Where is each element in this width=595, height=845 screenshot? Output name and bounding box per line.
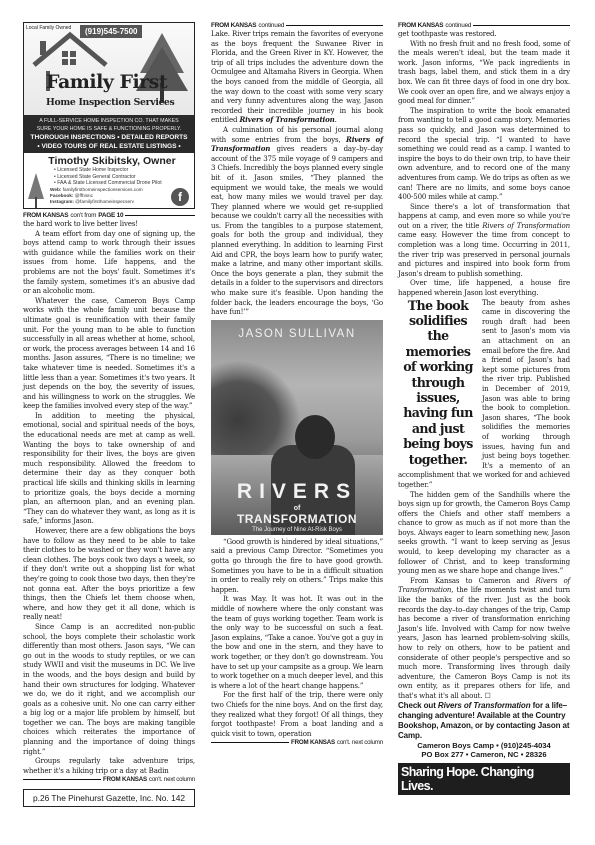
book-title: Rivers of Transformation bbox=[482, 221, 570, 230]
book-cover-image: JASON SULLIVAN RIVERS of TRANSFORMATION … bbox=[211, 320, 383, 535]
ad-services-band: A FULL-SERVICE HOME INSPECTION CO. THAT … bbox=[24, 115, 194, 153]
column-1: FROM KANSAS con't from PAGE 10 the hard … bbox=[23, 212, 195, 807]
paragraph: Groups regularly take adventure trips, w… bbox=[23, 756, 195, 775]
paragraph: It was May. It was hot. It was out in th… bbox=[211, 594, 383, 690]
continued-footer: FROM KANSAS con't. next column bbox=[211, 739, 383, 746]
paragraph: For the first half of the trip, there we… bbox=[211, 690, 383, 738]
call-to-action: Check out Rivers of Transformation for a… bbox=[398, 701, 570, 741]
paragraph: The hidden gem of the Sandhills where th… bbox=[398, 490, 570, 576]
article-text: “Good growth is hindered by ideal situat… bbox=[211, 537, 383, 738]
rule bbox=[23, 779, 101, 780]
header-kansas: FROM KANSAS bbox=[398, 22, 443, 29]
rule bbox=[211, 742, 289, 743]
cta-book-title: Rivers of Transformation bbox=[438, 701, 531, 710]
header-page-ref: PAGE 10 bbox=[98, 212, 123, 219]
paragraph: Lake. River trips remain the favorites o… bbox=[211, 29, 383, 125]
book-title: Rivers of Transformation bbox=[239, 115, 334, 124]
ad-instagram-handle[interactable]: @familyfirsthomeinspecserv bbox=[75, 199, 134, 204]
ad-header: Local Family Owned (919)545-7500 Family … bbox=[24, 23, 194, 115]
continued-footer: FROM KANSAS con't. next column bbox=[23, 776, 195, 783]
family-first-advertisement: Local Family Owned (919)545-7500 Family … bbox=[23, 22, 195, 209]
rule bbox=[473, 25, 570, 26]
column-2: FROM KANSAS continued Lake. River trips … bbox=[211, 22, 383, 746]
page-label: p.26 The Pinehurst Gazette, Inc. No. 142 bbox=[23, 789, 195, 807]
rule bbox=[125, 215, 195, 216]
paragraph: However, there are a few obligations the… bbox=[23, 526, 195, 622]
cover-title-sub: TRANSFORMATION bbox=[211, 512, 383, 526]
article-text: Lake. River trips remain the favorites o… bbox=[211, 29, 383, 317]
cover-author: JASON SULLIVAN bbox=[211, 328, 383, 340]
paragraph: “Good growth is hindered by ideal situat… bbox=[211, 537, 383, 595]
paragraph: the hard work to live better lives! bbox=[23, 219, 195, 229]
paragraph: With no fresh fruit and no fresh food, s… bbox=[398, 39, 570, 106]
header-kansas: FROM KANSAS bbox=[23, 212, 68, 219]
slogan-banner: Sharing Hope. Changing Lives. bbox=[398, 763, 570, 795]
facebook-icon[interactable]: f bbox=[171, 188, 189, 206]
ad-subtitle: Home Inspection Services bbox=[46, 97, 175, 108]
address-line: PO Box 277 • Cameron, NC • 28326 bbox=[398, 750, 570, 760]
pull-quote-section: The book solidifies the memories of work… bbox=[398, 298, 570, 490]
rule bbox=[286, 25, 383, 26]
ad-owner-section: Timothy Skibitsky, Owner • Licensed Stat… bbox=[24, 155, 194, 209]
ad-web-url[interactable]: familyfirsthomeinspectionservices.com bbox=[63, 187, 143, 192]
paragraph: get toothpaste was restored. bbox=[398, 29, 570, 39]
column-3: FROM KANSAS continued get toothpaste was… bbox=[398, 22, 570, 795]
ad-band-line: A FULL-SERVICE HOME INSPECTION CO. THAT … bbox=[24, 117, 194, 125]
continued-header: FROM KANSAS continued bbox=[398, 22, 570, 29]
ad-bullet: • Licensed State Home Inspector bbox=[54, 167, 194, 174]
header-cont-from: con't from bbox=[70, 212, 96, 219]
ad-band-line: SURE YOUR HOME IS SAFE & FUNCTIONING PRO… bbox=[24, 125, 194, 133]
pull-quote: The book solidifies the memories of work… bbox=[398, 298, 478, 467]
paragraph: A team effort from day one of signing up… bbox=[23, 229, 195, 296]
header-continued: continued bbox=[445, 22, 471, 29]
cover-title: RIVERS bbox=[211, 480, 383, 504]
article-text: the hard work to live better lives! A te… bbox=[23, 219, 195, 775]
footer-kansas: FROM KANSAS bbox=[103, 776, 147, 783]
paragraph: Since Camp is an accredited non-public s… bbox=[23, 622, 195, 756]
ad-title: Family First bbox=[46, 71, 167, 93]
cover-tagline: The Journey of Nine At-Risk Boyson a Twe… bbox=[211, 526, 383, 535]
continued-header: FROM KANSAS continued bbox=[211, 22, 383, 29]
ad-bullet: • Licensed State General Contractor bbox=[54, 174, 194, 181]
paragraph: Since there's a lot of transformation th… bbox=[398, 202, 570, 279]
paragraph: In addition to meeting the physical, emo… bbox=[23, 411, 195, 526]
header-kansas: FROM KANSAS bbox=[211, 22, 256, 29]
ad-local-label: Local Family Owned bbox=[26, 25, 71, 31]
cover-person-head bbox=[295, 415, 335, 459]
footer-next-column: con't. next column bbox=[337, 739, 383, 746]
paragraph: Over time, life happened, a house fire h… bbox=[398, 278, 570, 297]
continued-header: FROM KANSAS con't from PAGE 10 bbox=[23, 212, 195, 219]
ad-facebook-handle[interactable]: @ffhisnc bbox=[75, 193, 93, 198]
contact-line: Cameron Boys Camp • (910)245-4034 bbox=[398, 741, 570, 751]
footer-kansas: FROM KANSAS bbox=[291, 739, 335, 746]
small-tree-icon bbox=[27, 173, 45, 209]
paragraph: A culmination of his personal journal al… bbox=[211, 125, 383, 317]
header-continued: continued bbox=[258, 22, 284, 29]
article-text: get toothpaste was restored. With no fre… bbox=[398, 29, 570, 701]
cover-title-of: of bbox=[211, 505, 383, 512]
ad-band-line: THOROUGH INSPECTIONS • DETAILED REPORTS bbox=[24, 133, 194, 142]
paragraph: The inspiration to write the book emanat… bbox=[398, 106, 570, 202]
footer-next-column: con't. next column bbox=[149, 776, 195, 783]
ad-band-line: • VIDEO TOURS OF REAL ESTATE LISTINGS • bbox=[24, 142, 194, 151]
ad-phone: (919)545-7500 bbox=[80, 25, 142, 38]
ad-web-label: Web: bbox=[50, 187, 61, 192]
ad-instagram-label: Instagram: bbox=[50, 199, 74, 204]
paragraph: Whatever the case, Cameron Boys Camp wor… bbox=[23, 296, 195, 411]
paragraph: From Kansas to Cameron and Rivers of Tra… bbox=[398, 576, 570, 701]
ad-owner: Timothy Skibitsky, Owner bbox=[30, 155, 194, 167]
ad-bullet: • FAA & State Licensed Commercial Drone … bbox=[54, 180, 194, 187]
ad-facebook-label: Facebook: bbox=[50, 193, 73, 198]
